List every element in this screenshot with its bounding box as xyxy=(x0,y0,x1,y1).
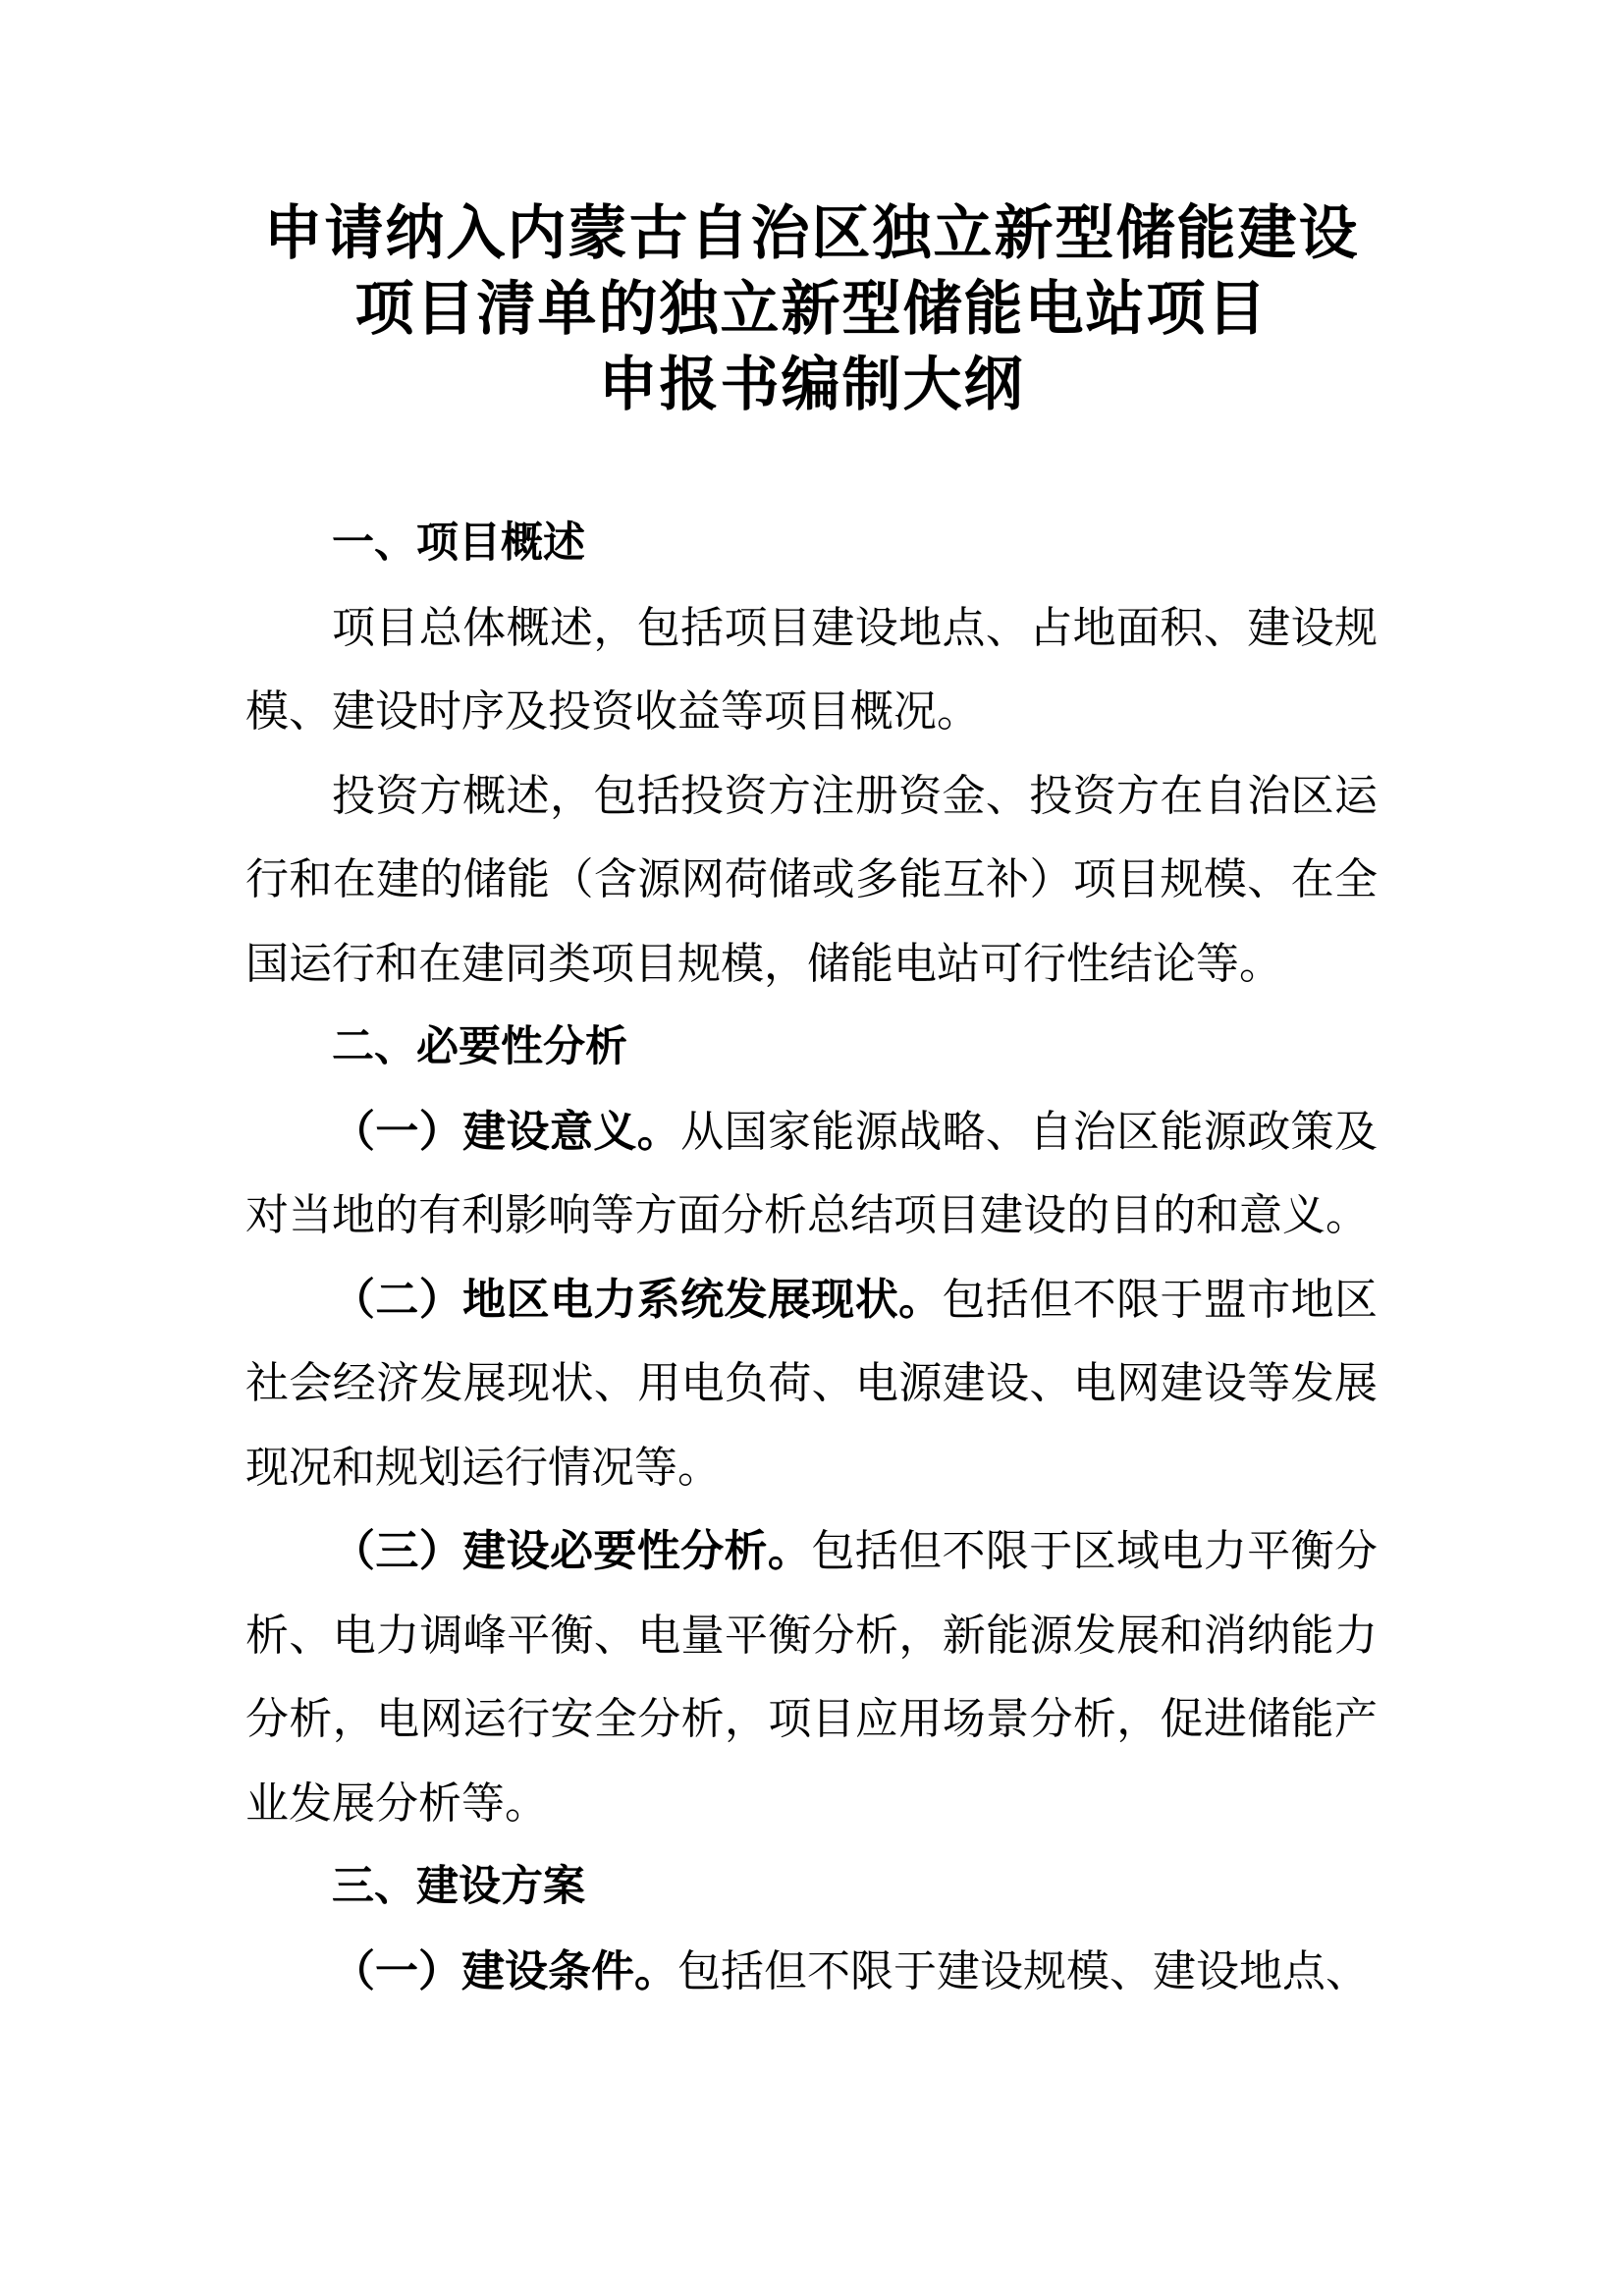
document-title: 申请纳入内蒙古自治区独立新型储能建设 项目清单的独立新型储能电站项目 申报书编制… xyxy=(245,196,1378,423)
document-page: 申请纳入内蒙古自治区独立新型储能建设 项目清单的独立新型储能电站项目 申报书编制… xyxy=(0,0,1623,2296)
document-body: 一、项目概述 项目总体概述，包括项目建设地点、占地面积、建设规模、建设时序及投资… xyxy=(245,502,1378,2013)
document-title-line: 申请纳入内蒙古自治区独立新型储能建设 xyxy=(245,196,1378,272)
paragraph-lead: （一）建设条件。 xyxy=(332,1947,677,1995)
document-title-line: 申报书编制大纲 xyxy=(245,348,1378,423)
paragraph-text: 包括但不限于建设规模、建设地点、 xyxy=(677,1947,1369,1995)
section-heading-3: 三、建设方案 xyxy=(245,1845,1378,1930)
document-title-line: 项目清单的独立新型储能电站项目 xyxy=(245,272,1378,348)
paragraph: （一）建设意义。从国家能源战略、自治区能源政策及对当地的有利影响等方面分析总结项… xyxy=(245,1090,1378,1258)
paragraph-lead: （一）建设意义。 xyxy=(332,1108,680,1156)
paragraph-text: 投资方概述，包括投资方注册资金、投资方在自治区运行和在建的储能（含源网荷储或多能… xyxy=(245,772,1378,988)
paragraph: （二）地区电力系统发展现状。包括但不限于盟市地区社会经济发展现状、用电负荷、电源… xyxy=(245,1258,1378,1510)
paragraph-text: 项目总体概述，包括项目建设地点、占地面积、建设规模、建设时序及投资收益等项目概况… xyxy=(245,604,1378,737)
paragraph: （一）建设条件。包括但不限于建设规模、建设地点、 xyxy=(245,1930,1378,2014)
paragraph: （三）建设必要性分析。包括但不限于区域电力平衡分析、电力调峰平衡、电量平衡分析，… xyxy=(245,1509,1378,1845)
paragraph: 项目总体概述，包括项目建设地点、占地面积、建设规模、建设时序及投资收益等项目概况… xyxy=(245,586,1378,754)
section-heading-1: 一、项目概述 xyxy=(245,502,1378,586)
paragraph: 投资方概述，包括投资方注册资金、投资方在自治区运行和在建的储能（含源网荷储或多能… xyxy=(245,754,1378,1007)
paragraph-lead: （三）建设必要性分析。 xyxy=(332,1527,811,1575)
paragraph-lead: （二）地区电力系统发展现状。 xyxy=(332,1276,942,1324)
section-heading-2: 二、必要性分析 xyxy=(245,1006,1378,1090)
